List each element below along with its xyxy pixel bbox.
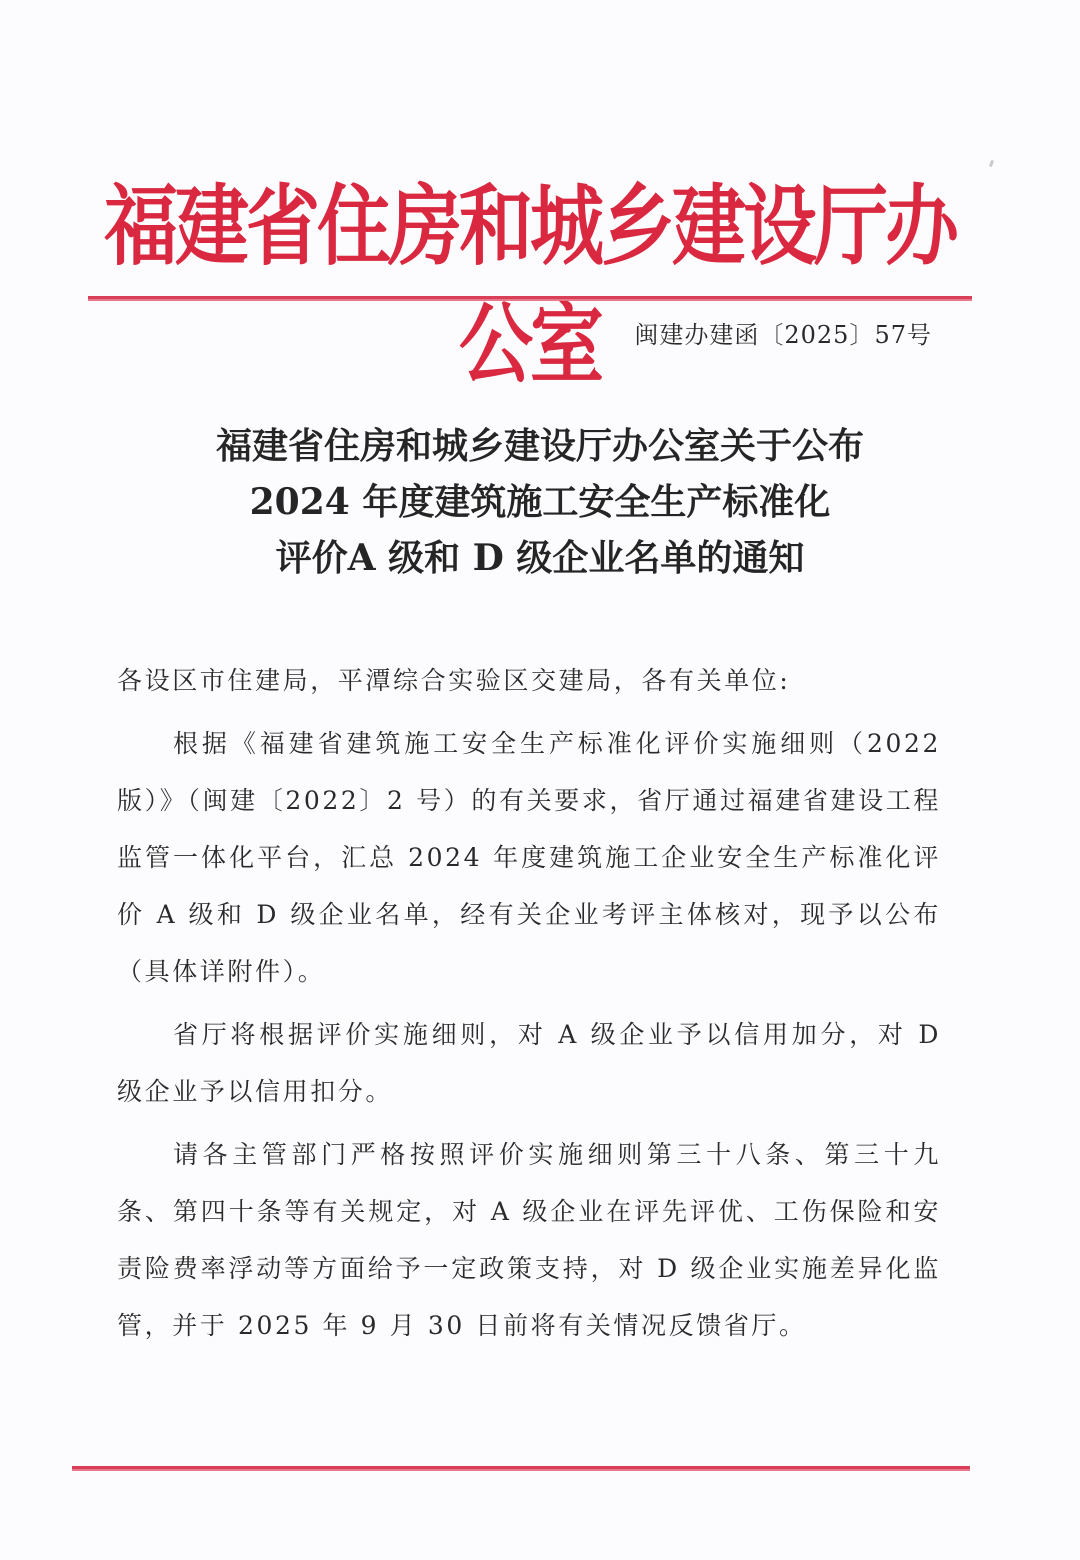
- body-paragraph: 请各主管部门严格按照评价实施细则第三十八条、第三十九条、第四十条等有关规定，对 …: [117, 1126, 941, 1354]
- document-number: 闽建办建函〔2025〕57号: [634, 315, 932, 355]
- title-line-1: 福建省住房和城乡建设厅办公室关于公布: [100, 418, 980, 474]
- footer-red-rule: [72, 1466, 970, 1471]
- letterhead-organization: 福建省住房和城乡建设厅办公室: [90, 168, 970, 404]
- title-line-2: 2024 年度建筑施工安全生产标准化: [100, 474, 980, 530]
- body-paragraph: 省厅将根据评价实施细则，对 A 级企业予以信用加分，对 D 级企业予以信用扣分。: [117, 1006, 941, 1120]
- scan-speck: [989, 160, 994, 168]
- document-title: 福建省住房和城乡建设厅办公室关于公布 2024 年度建筑施工安全生产标准化 评价…: [100, 418, 980, 586]
- salutation: 各设区市住建局，平潭综合实验区交建局，各有关单位:: [117, 652, 941, 709]
- letterhead-red-rule: [88, 296, 972, 301]
- document-body: 各设区市住建局，平潭综合实验区交建局，各有关单位: 根据《福建省建筑施工安全生产…: [117, 652, 941, 1360]
- title-line-3: 评价A 级和 D 级企业名单的通知: [100, 530, 980, 586]
- document-page: 福建省住房和城乡建设厅办公室 闽建办建函〔2025〕57号 福建省住房和城乡建设…: [0, 0, 1080, 1560]
- body-paragraph: 根据《福建省建筑施工安全生产标准化评价实施细则（2022版）》（闽建〔2022〕…: [117, 715, 941, 1000]
